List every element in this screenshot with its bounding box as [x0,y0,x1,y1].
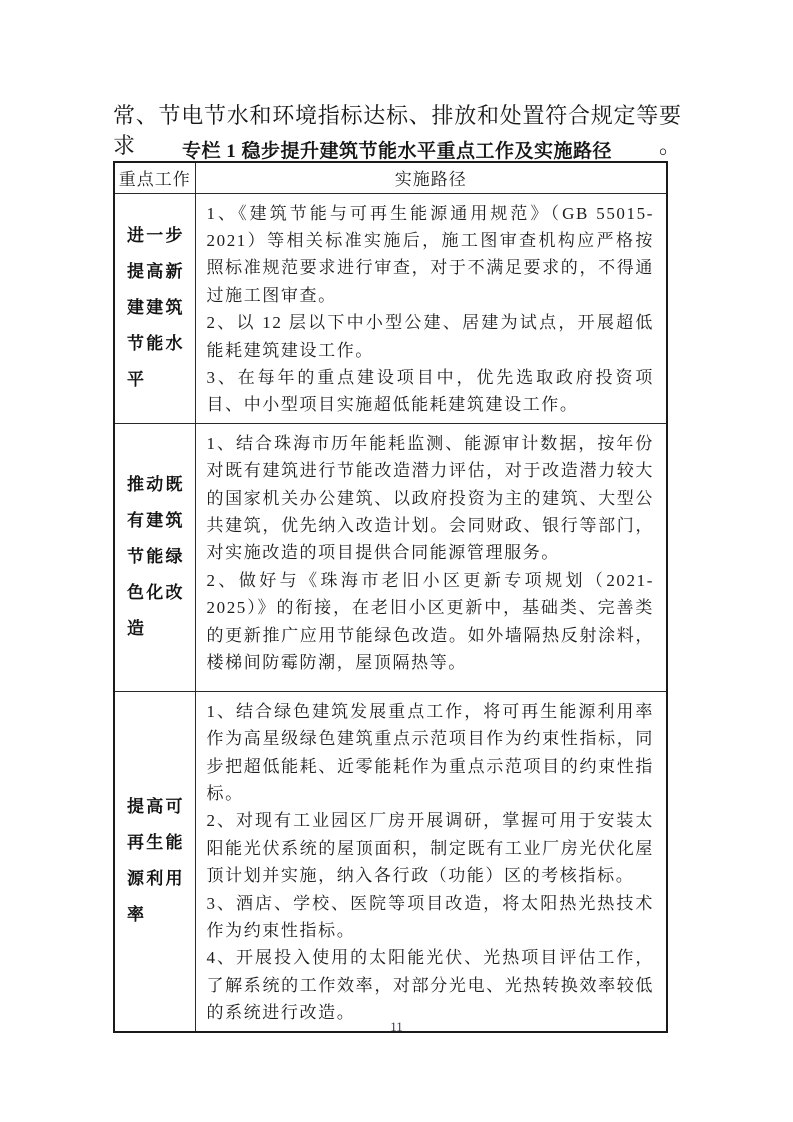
row-label-line: 平 [127,362,183,398]
row-label-cell: 推动既 有建筑 节能绿 色化改 造 [114,423,195,691]
row-label-line: 再生能 [127,825,183,861]
row-label-cell: 提高可 再生能 源利用 率 [114,691,195,1031]
page-number: 11 [0,1019,793,1035]
path-item: 4、开展投入使用的太阳能光伏、光热项目评估工作，了解系统的工作效率，对部分光电、… [207,944,655,1026]
row-label-line: 节能水 [127,326,183,362]
key-work-table: 重点工作 实施路径 进一步 提高新 建建筑 节能水 平 1、《建筑节能与可再生能… [113,161,668,1033]
path-item: 1、结合珠海市历年能耗监测、能源审计数据，按年份对既有建筑进行节能改造潜力评估，… [207,430,655,567]
path-item: 3、在每年的重点建设项目中，优先选取政府投资项目、中小型项目实施超低能耗建筑建设… [207,364,655,419]
path-item: 1、结合绿色建筑发展重点工作，将可再生能源利用率作为高星级绿色建筑重点示范项目作… [207,698,655,808]
row-label-line: 建建筑 [127,290,183,326]
header-cell-path: 实施路径 [195,162,667,193]
row-path-cell: 1、结合珠海市历年能耗监测、能源审计数据，按年份对既有建筑进行节能改造潜力评估，… [195,423,667,691]
header-cell-key-work: 重点工作 [114,162,195,193]
path-item: 3、酒店、学校、医院等项目改造，将太阳热光热技术作为约束性指标。 [207,890,655,945]
table-row: 进一步 提高新 建建筑 节能水 平 1、《建筑节能与可再生能源通用规范》（GB … [114,193,667,423]
table-title: 专栏 1 稳步提升建筑节能水平重点工作及实施路径 [113,136,681,163]
row-label-line: 率 [127,897,183,933]
row-label-line: 推动既 [127,467,183,503]
table-header-row: 重点工作 实施路径 [114,162,667,193]
path-item: 1、《建筑节能与可再生能源通用规范》（GB 55015-2021）等相关标准实施… [207,200,655,310]
path-item: 2、以 12 层以下中小型公建、居建为试点，开展超低能耗建筑建设工作。 [207,309,655,364]
row-label-line: 有建筑 [127,503,183,539]
path-item: 2、做好与《珠海市老旧小区更新专项规划（2021-2025）》的衔接，在老旧小区… [207,567,655,677]
row-path-cell: 1、结合绿色建筑发展重点工作，将可再生能源利用率作为高星级绿色建筑重点示范项目作… [195,691,667,1031]
path-item: 2、对现有工业园区厂房开展调研，掌握可用于安装太阳能光伏系统的屋顶面积，制定既有… [207,807,655,889]
row-label-cell: 进一步 提高新 建建筑 节能水 平 [114,193,195,423]
row-label-line: 进一步 [127,218,183,254]
row-path-cell: 1、《建筑节能与可再生能源通用规范》（GB 55015-2021）等相关标准实施… [195,193,667,423]
row-label-line: 提高可 [127,789,183,825]
row-label-line: 提高新 [127,254,183,290]
table-row: 推动既 有建筑 节能绿 色化改 造 1、结合珠海市历年能耗监测、能源审计数据，按… [114,423,667,691]
row-label-line: 色化改 [127,575,183,611]
table-row: 提高可 再生能 源利用 率 1、结合绿色建筑发展重点工作，将可再生能源利用率作为… [114,691,667,1031]
row-label-line: 源利用 [127,861,183,897]
row-label-line: 造 [127,611,183,647]
row-label-line: 节能绿 [127,539,183,575]
